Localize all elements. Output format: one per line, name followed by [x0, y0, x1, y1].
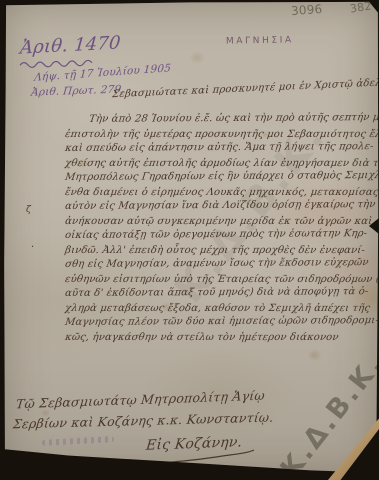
body-line: κῶς, ἠναγκάσθην νὰ στείλω τὸν ἡμέτερον δ… — [64, 331, 378, 346]
letter-paper: Κ.Δ.Β.Κ. 3096 382 ΜΑΓΝΗΣΙΑ Ἀριθ. 1470 Λή… — [0, 0, 379, 480]
body-line: αῦτα δ' ἐκδίδονται ἅπαξ τοῦ μηνός) διὰ ν… — [64, 285, 378, 301]
body-line: αὐτὸν εἰς Μαγνησίαν ἵνα διὰ Λοϊζίδου ὁρί… — [64, 198, 378, 214]
letter-photograph: Κ.Δ.Β.Κ. 3096 382 ΜΑΓΝΗΣΙΑ Ἀριθ. 1470 Λή… — [0, 0, 379, 480]
margin-mark: ζ — [26, 205, 31, 215]
body-line: καὶ σπεύδω εἰς ἀπάντησιν αὐτῆς. Ἅμα τῇ λ… — [64, 140, 378, 156]
body-line: οἰκίας ἀποτάξῃ τῶν ὀρεγομένων πρὸς τὴν ἐ… — [64, 227, 378, 243]
protocol-number: Ἀριθ. 1470 — [19, 32, 121, 58]
flourish-underline — [86, 449, 258, 467]
body-line: σθη εἰς Μαγνησίαν, ἀναμένων ἴσως τὴν ἔκδ… — [64, 256, 378, 272]
body-line: Τὴν ἀπὸ 28 Ἰουνίου ἐ.ἔ. ὡς καὶ τὴν πρὸ α… — [64, 111, 378, 127]
ink-scribble — [42, 436, 114, 446]
salutation: Σεβασμιώτατε καὶ προσκυνητέ μοι ἐν Χριστ… — [112, 77, 379, 101]
body-line: Μαγνησίας πλέον τῶν δύο καὶ ἡμισείας ὡρῶ… — [64, 314, 378, 330]
margin-mark: · — [31, 242, 34, 253]
letter-body: Τὴν ἀπὸ 28 Ἰουνίου ἐ.ἔ. ὡς καὶ τὴν πρὸ α… — [64, 113, 376, 345]
address-line-1: Τῷ Σεβασμιωτάτῳ Μητροπολίτῃ Ἁγίῳ — [15, 388, 265, 412]
pencil-folio-number: 382 — [349, 0, 372, 16]
body-line: Μητροπόλεως Γηραδηρίων εἰς ἣν ὑπάρχει ὁ … — [64, 169, 378, 185]
pencil-catalog-number: 3096 — [291, 2, 323, 18]
address-line-2: Σερβίων καὶ Κοζάνης κ.κ. Κωνσταντίῳ. — [12, 410, 274, 432]
magnesia-stamp: ΜΑΓΝΗΣΙΑ — [226, 35, 294, 46]
